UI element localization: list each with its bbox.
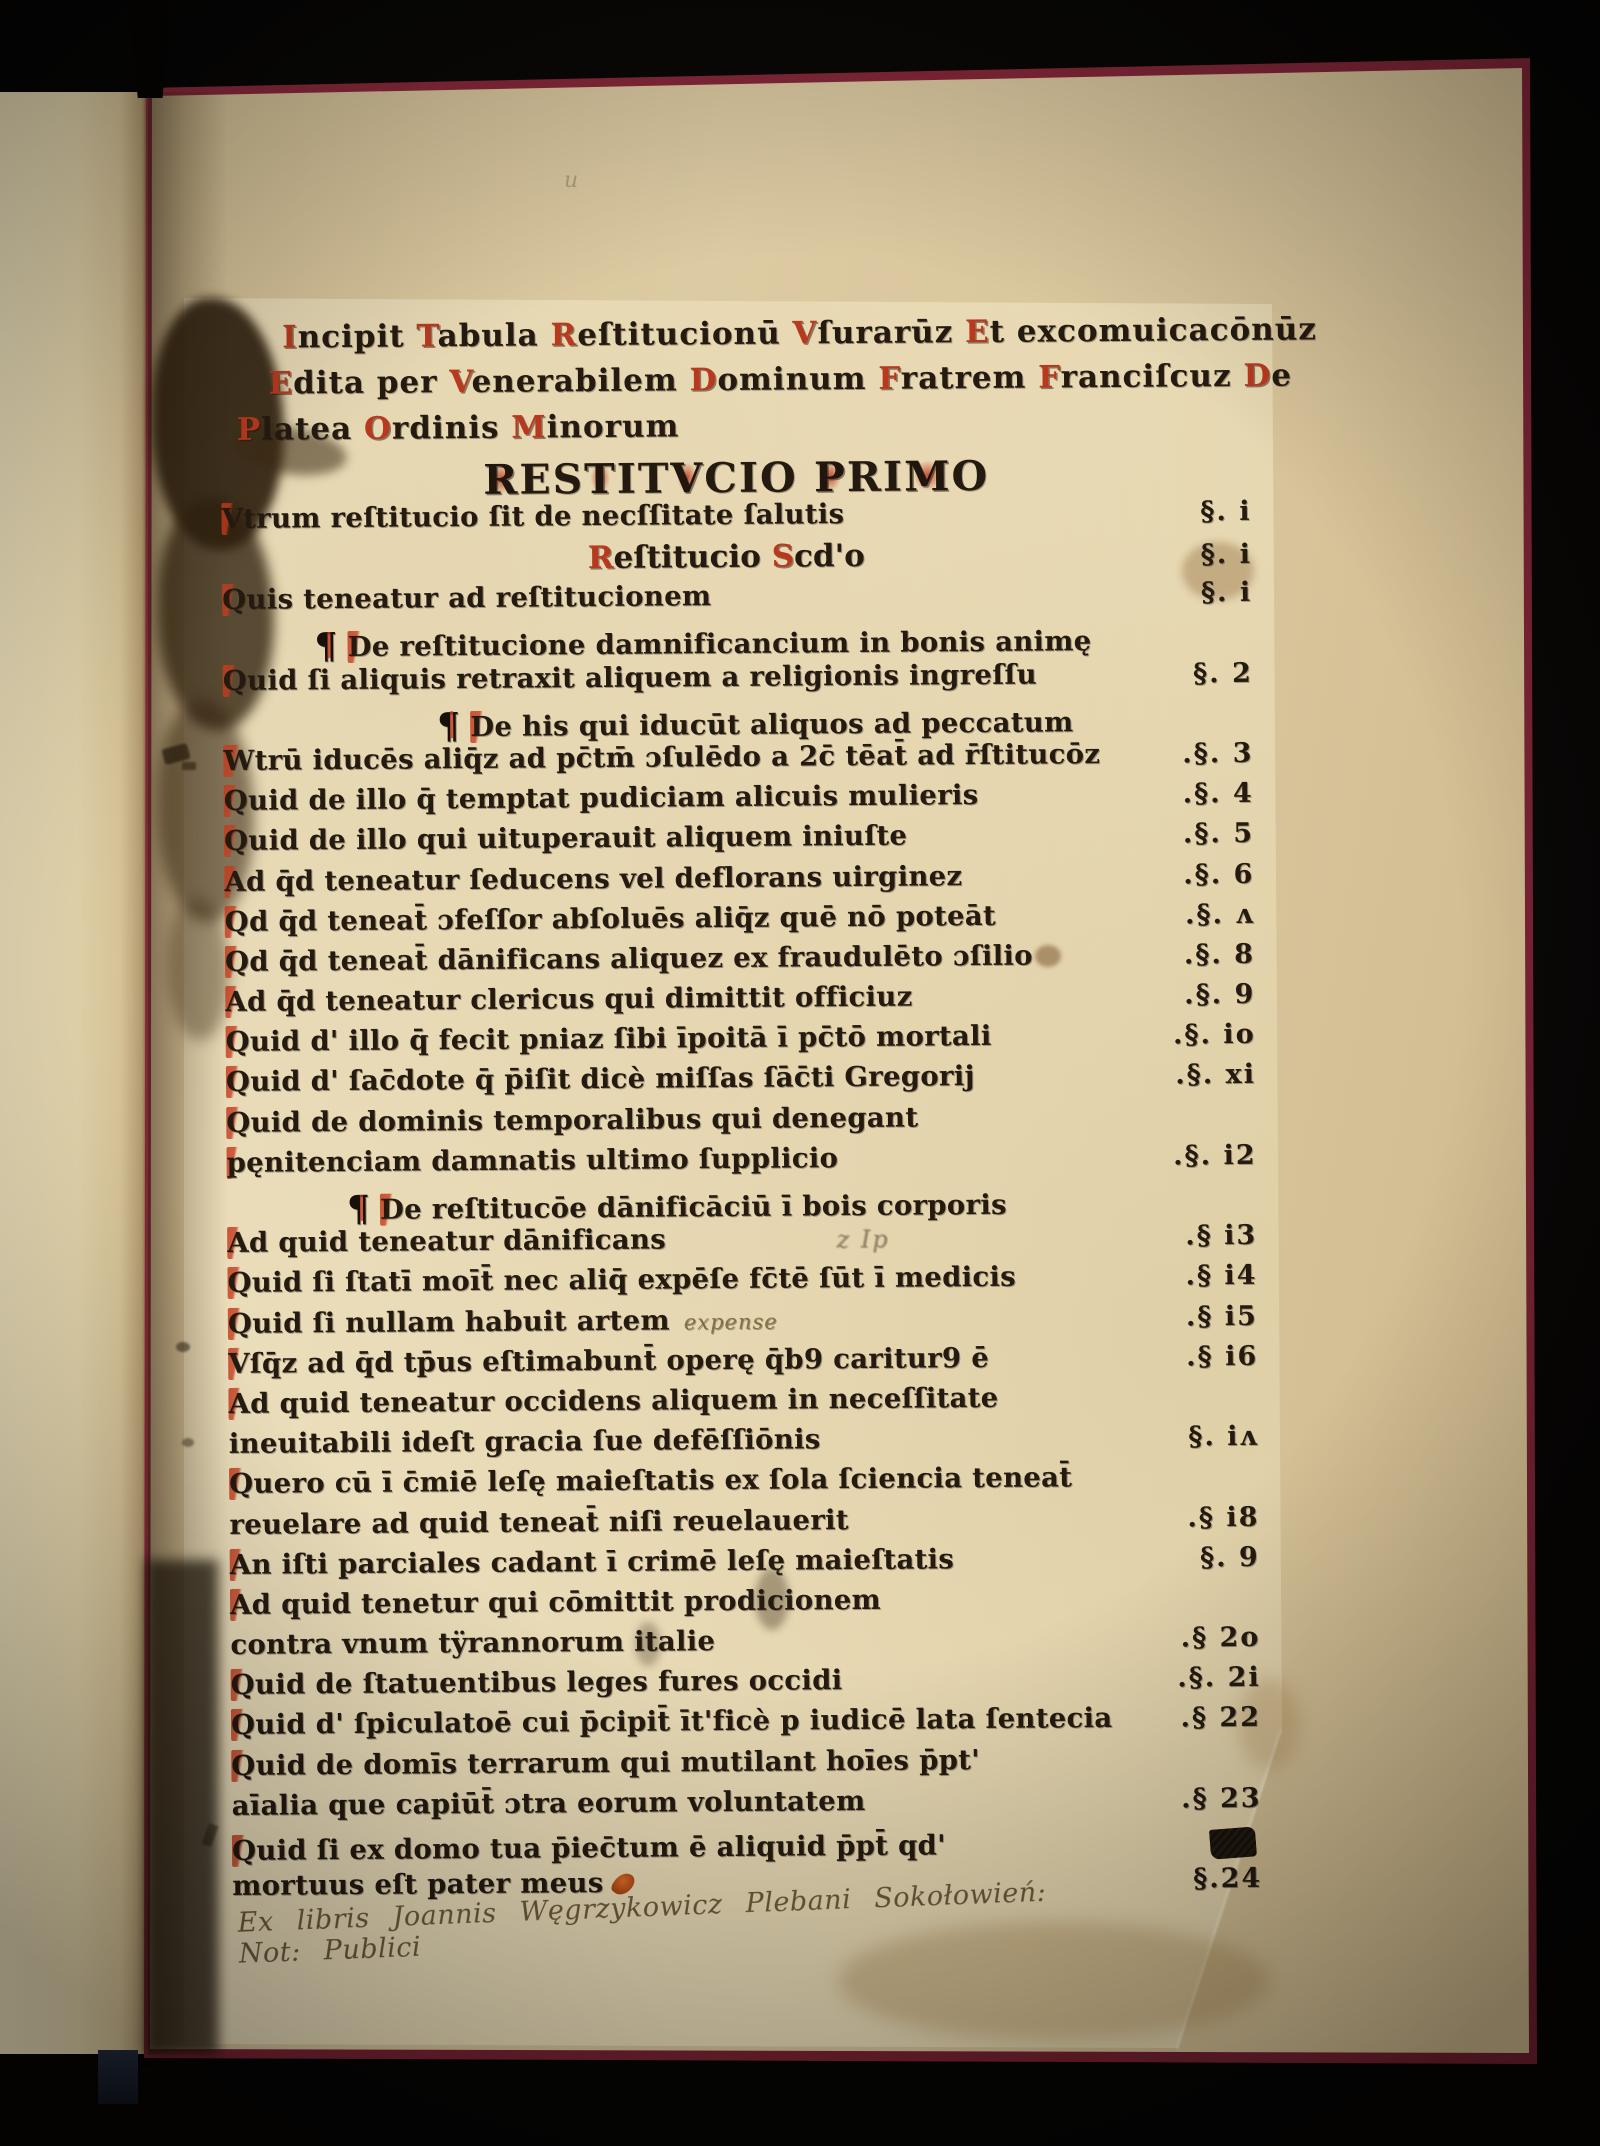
section-number: .§ i8	[1187, 1501, 1261, 1533]
section-number: §. iʌ	[1188, 1421, 1261, 1453]
toc-entry-text: Quid de ſtatuentibus leges fures occidi	[231, 1664, 843, 1701]
toc-entry-text: pęnitenciam damnatis ultimo ſupplicio	[226, 1142, 838, 1179]
section-number: §.24	[1193, 1863, 1264, 1895]
toc-entry-text: Quid d' ſac̄dote q̄ p̄iſit dicè miſſas ſ…	[226, 1061, 975, 1099]
section-number: .§. 5	[1183, 818, 1256, 850]
pilcrow-mark: ¶	[437, 705, 460, 747]
toc-entry-text: reuelare ad quid teneat̄ niſi reuelaueri…	[229, 1504, 849, 1541]
section-number: .§. 4	[1183, 778, 1256, 810]
ink-blot	[1209, 1826, 1257, 1859]
toc-entry-text: aīalia que capiūt̄ ɔtra eorum voluntatem	[232, 1785, 866, 1822]
toc-entry-text: An iſti parciales cadant ī crimē leſę ma…	[230, 1543, 955, 1581]
section-number: .§ 23	[1181, 1783, 1264, 1815]
bookmark-ribbon-tail	[98, 2050, 138, 2104]
book-photograph: u Incipit Tabula Reſtitucionū Vſurarūz E…	[0, 0, 1600, 2146]
toc-row: Incipit Tabula Reſtitucionū Vſurarūz Et …	[220, 312, 1252, 366]
section-number: .§. 3	[1182, 738, 1255, 770]
toc-entry-text: Incipit Tabula Reſtitucionū Vſurarūz Et …	[282, 311, 1317, 355]
ink-speck	[176, 1342, 190, 1352]
toc-entry-text: Reſtitucio Scd'o	[588, 538, 865, 576]
toc-entry-text: RESTITVCIO PRIMO	[483, 452, 989, 504]
bookmark-ribbon	[124, 0, 170, 98]
pilcrow-mark: ¶	[347, 1188, 370, 1230]
toc-entry-text: Ad quid teneatur occidens aliquem in nec…	[228, 1382, 998, 1420]
section-number: §. i	[1200, 496, 1253, 527]
toc-entry-text: Quid ſi ſtatī moīt̄ nec aliq̄ expēſe fc̄…	[227, 1261, 1016, 1299]
toc-entry-text: Quid ſi nullam habuit artemexpense	[228, 1303, 778, 1339]
section-number: §. i	[1201, 539, 1254, 570]
toc-entry-text: Vſq̄z ad q̄d tp̄us eſtimabunt̄ operę q̄b…	[228, 1342, 989, 1380]
section-number: .§ 22	[1180, 1702, 1263, 1734]
section-number: .§. 6	[1183, 858, 1256, 890]
section-number: .§. 9	[1184, 979, 1257, 1011]
toc-entry-text: Ad q̄d teneatur ſeducens vel deflorans u…	[224, 860, 962, 898]
toc-entry-text: Quid ſi ex domo tua p̄iec̄tum ē aliquid …	[232, 1829, 946, 1867]
section-number: .§ 2o	[1181, 1622, 1263, 1654]
toc-entry-text: Quid de dominis temporalibus qui denegan…	[226, 1101, 918, 1138]
toc-entry-text: Quis teneatur ad reſtitucionem	[222, 580, 711, 616]
handwritten-note: z Ip	[836, 1225, 889, 1253]
section-number	[1210, 1822, 1264, 1859]
section-number: .§ i4	[1185, 1260, 1259, 1292]
pencil-mark: u	[564, 168, 578, 193]
section-number: .§. 2i	[1177, 1662, 1263, 1694]
section-number: .§. xi	[1175, 1059, 1258, 1091]
section-number: .§. io	[1173, 1019, 1258, 1051]
section-number: §. 2	[1193, 657, 1255, 688]
ink-speck	[182, 762, 196, 770]
toc-entry-text: ineuitabili ideſt gracia ſue defēſſiōnis	[229, 1423, 821, 1460]
toc-entry-text: Quid de domīs terrarum qui mutilant hoīe…	[231, 1744, 980, 1782]
ink-speck	[182, 1438, 194, 1447]
section-number: .§ i6	[1186, 1341, 1260, 1373]
toc-entry-text: Quid d' illo q̄ fecit pniaz ſibi īpoitā …	[226, 1020, 992, 1058]
toc-entry-text: Edita per Venerabilem Dominum Fratrem Fr…	[268, 358, 1292, 402]
section-number: §. 9	[1200, 1542, 1262, 1573]
section-number: .§. i2	[1173, 1140, 1259, 1172]
toc-entry-text: Quid de illo qui uituperauit aliquem ini…	[224, 820, 907, 857]
toc-entry-text: Vtrum reſtitucio ſit de necſſitate ſalut…	[221, 498, 844, 535]
toc-entry-text: Ad quid teneatur dānificansz Ip	[227, 1222, 889, 1259]
toc-row: RESTITVCIO PRIMO	[221, 450, 1253, 503]
section-number: .§. ʌ	[1185, 899, 1257, 931]
toc-entry-text: Ad q̄d teneatur clericus qui dimittit of…	[225, 981, 912, 1018]
toc-entry-text: Qd q̄d teneat̄ dānificans aliquez ex fra…	[225, 940, 1033, 978]
toc-row: Platea Ordinis Minorum	[221, 404, 1253, 458]
handwritten-note: expense	[684, 1309, 778, 1334]
gutter-shadow-bottom	[146, 1560, 218, 2054]
toc-entry-text: Wtrū iducēs aliq̄z ad pc̄tm̄ ɔſulēdo a 2…	[223, 738, 1100, 777]
section-number: .§ i3	[1185, 1220, 1259, 1252]
toc-entry-text: Qd q̄d teneat̄ ɔfeſſor abſoluēs aliq̄z q…	[225, 900, 996, 938]
section-number: .§. 8	[1184, 939, 1257, 971]
toc-entry-text: Quid ſi aliquis retraxit aliquem a relig…	[223, 658, 1037, 696]
toc-entry-text: Platea Ordinis Minorum	[237, 408, 680, 447]
section-number: §. i	[1201, 577, 1254, 608]
toc-row: Edita per Venerabilem Dominum Fratrem Fr…	[220, 358, 1252, 412]
toc-entry-text: Quid de illo q̄ temptat pudiciam alicuis…	[224, 779, 979, 817]
flyleaf-page-edge	[0, 92, 154, 2054]
toc-entry-text: ¶De reſtitucōe dānificāciū ī bois corpor…	[347, 1181, 1007, 1228]
table-of-contents: Incipit Tabula Reſtitucionū Vſurarūz Et …	[220, 312, 1264, 1910]
section-number: .§ i5	[1186, 1300, 1260, 1332]
pilcrow-mark: ¶	[314, 625, 337, 667]
toc-entry-text: contra vnum tÿrannorum italie	[230, 1625, 715, 1661]
toc-entry-text: Quero cū ī c̄miē leſę maieſtatis ex ſola…	[229, 1462, 1072, 1501]
toc-entry-text: Ad quid tenetur qui cōmittit prodicionem	[230, 1584, 881, 1621]
toc-entry-text: Quid d' ſpiculatoē cui p̄cipit̄ īt'ficè …	[231, 1702, 1113, 1741]
